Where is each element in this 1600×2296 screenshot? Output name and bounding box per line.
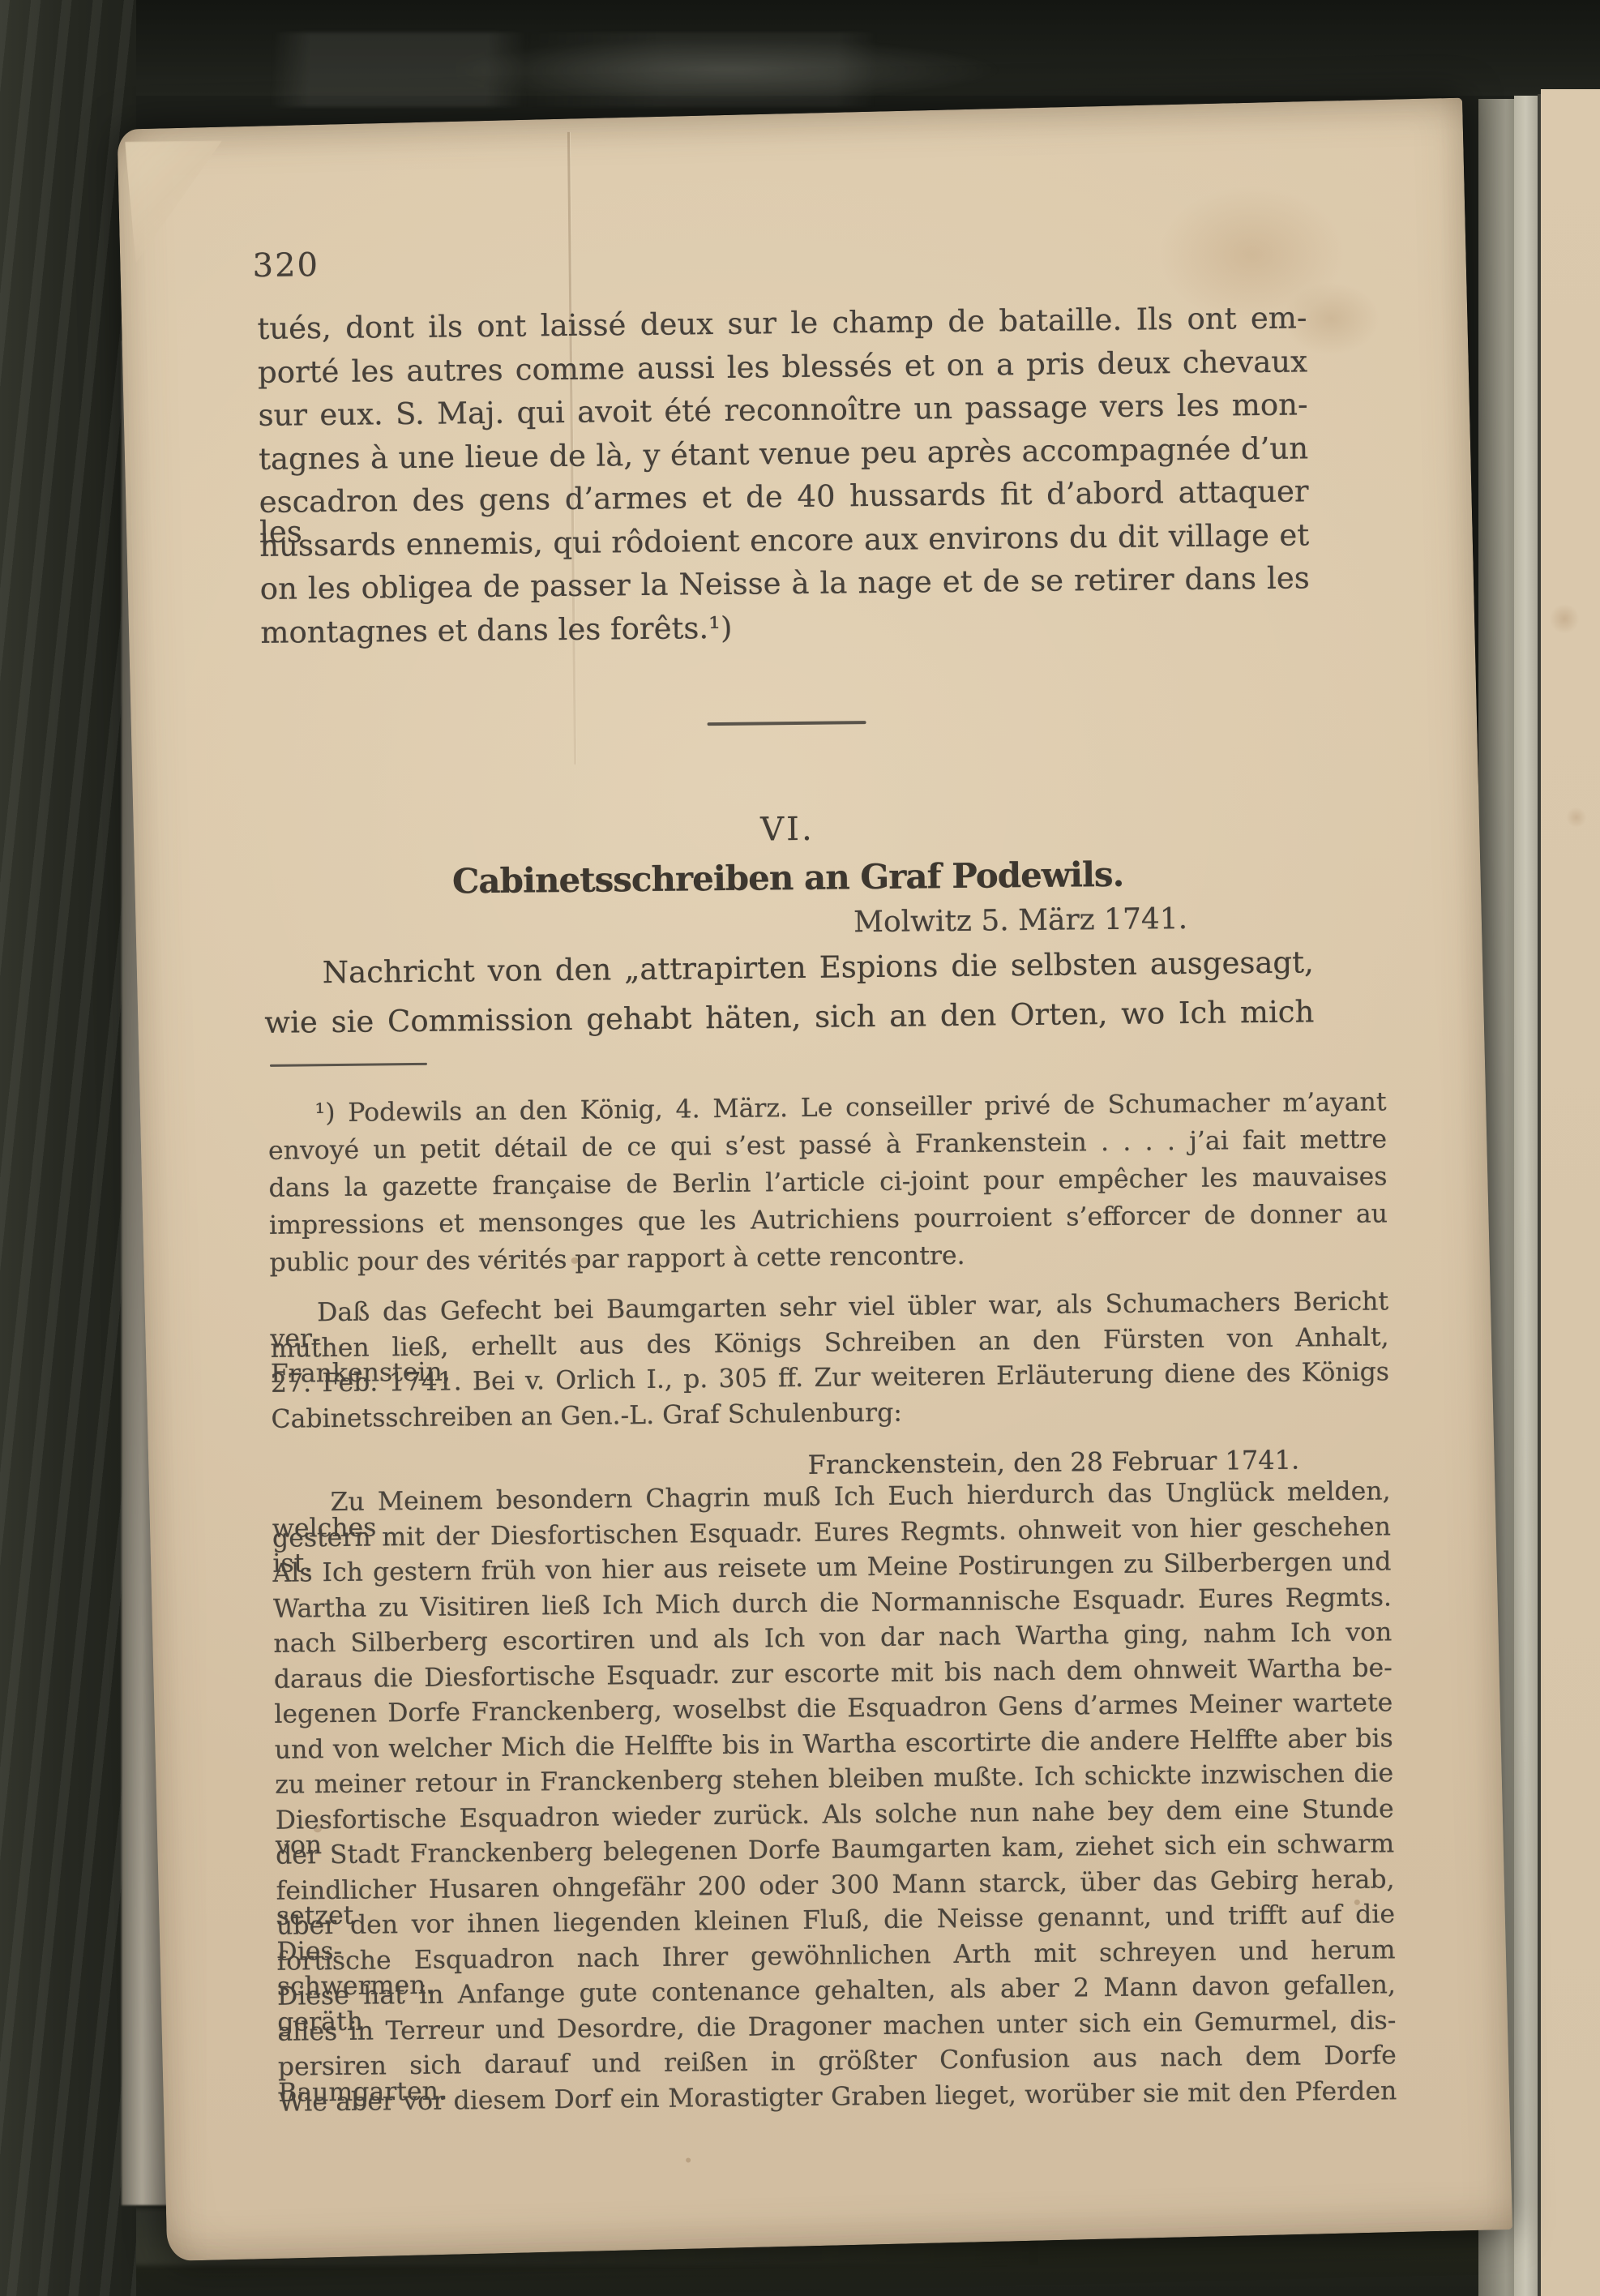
section-divider-rule <box>708 721 866 726</box>
text-line: montagnes et dans les forêts.¹) <box>260 606 1310 661</box>
page-stack-edge-right <box>1514 96 1540 2296</box>
section-title: Cabinetsschreiben an Graf Podewils. <box>263 852 1312 903</box>
footnote-comment: Daß das Gefecht bei Baumgarten sehr viel… <box>270 1289 1390 1441</box>
page-content: 320 tués, dont ils ont laissé deux sur l… <box>130 106 1497 2252</box>
section-numeral: VI. <box>263 805 1312 854</box>
next-page-edge <box>1541 89 1600 2296</box>
text-line: public pour des vérités par rapport à ce… <box>269 1239 1388 1287</box>
letter-body: Zu Meinem besondern Chagrin muß Ich Euch… <box>272 1479 1397 2125</box>
damaged-corner <box>125 140 224 263</box>
section-abstract: Nachricht von den „attrapirten Espions d… <box>264 947 1315 1057</box>
section-dateline: Molwitz 5. März 1741. <box>263 901 1313 945</box>
footnote-separator-rule <box>270 1063 427 1067</box>
book-cover-left-edge <box>0 0 136 2296</box>
cover-scuff-mark <box>195 32 1167 107</box>
main-paragraph: tués, dont ils ont laissé deux sur le ch… <box>257 302 1310 661</box>
paper-speck <box>686 2157 691 2162</box>
text-line: wie sie Commission gehabt häten, sich an… <box>264 996 1315 1057</box>
footnote-1: ¹) Podewils an den König, 4. März. Le co… <box>267 1090 1388 1287</box>
book-page: 320 tués, dont ils ont laissé deux sur l… <box>117 98 1512 2261</box>
page-number: 320 <box>252 246 319 285</box>
